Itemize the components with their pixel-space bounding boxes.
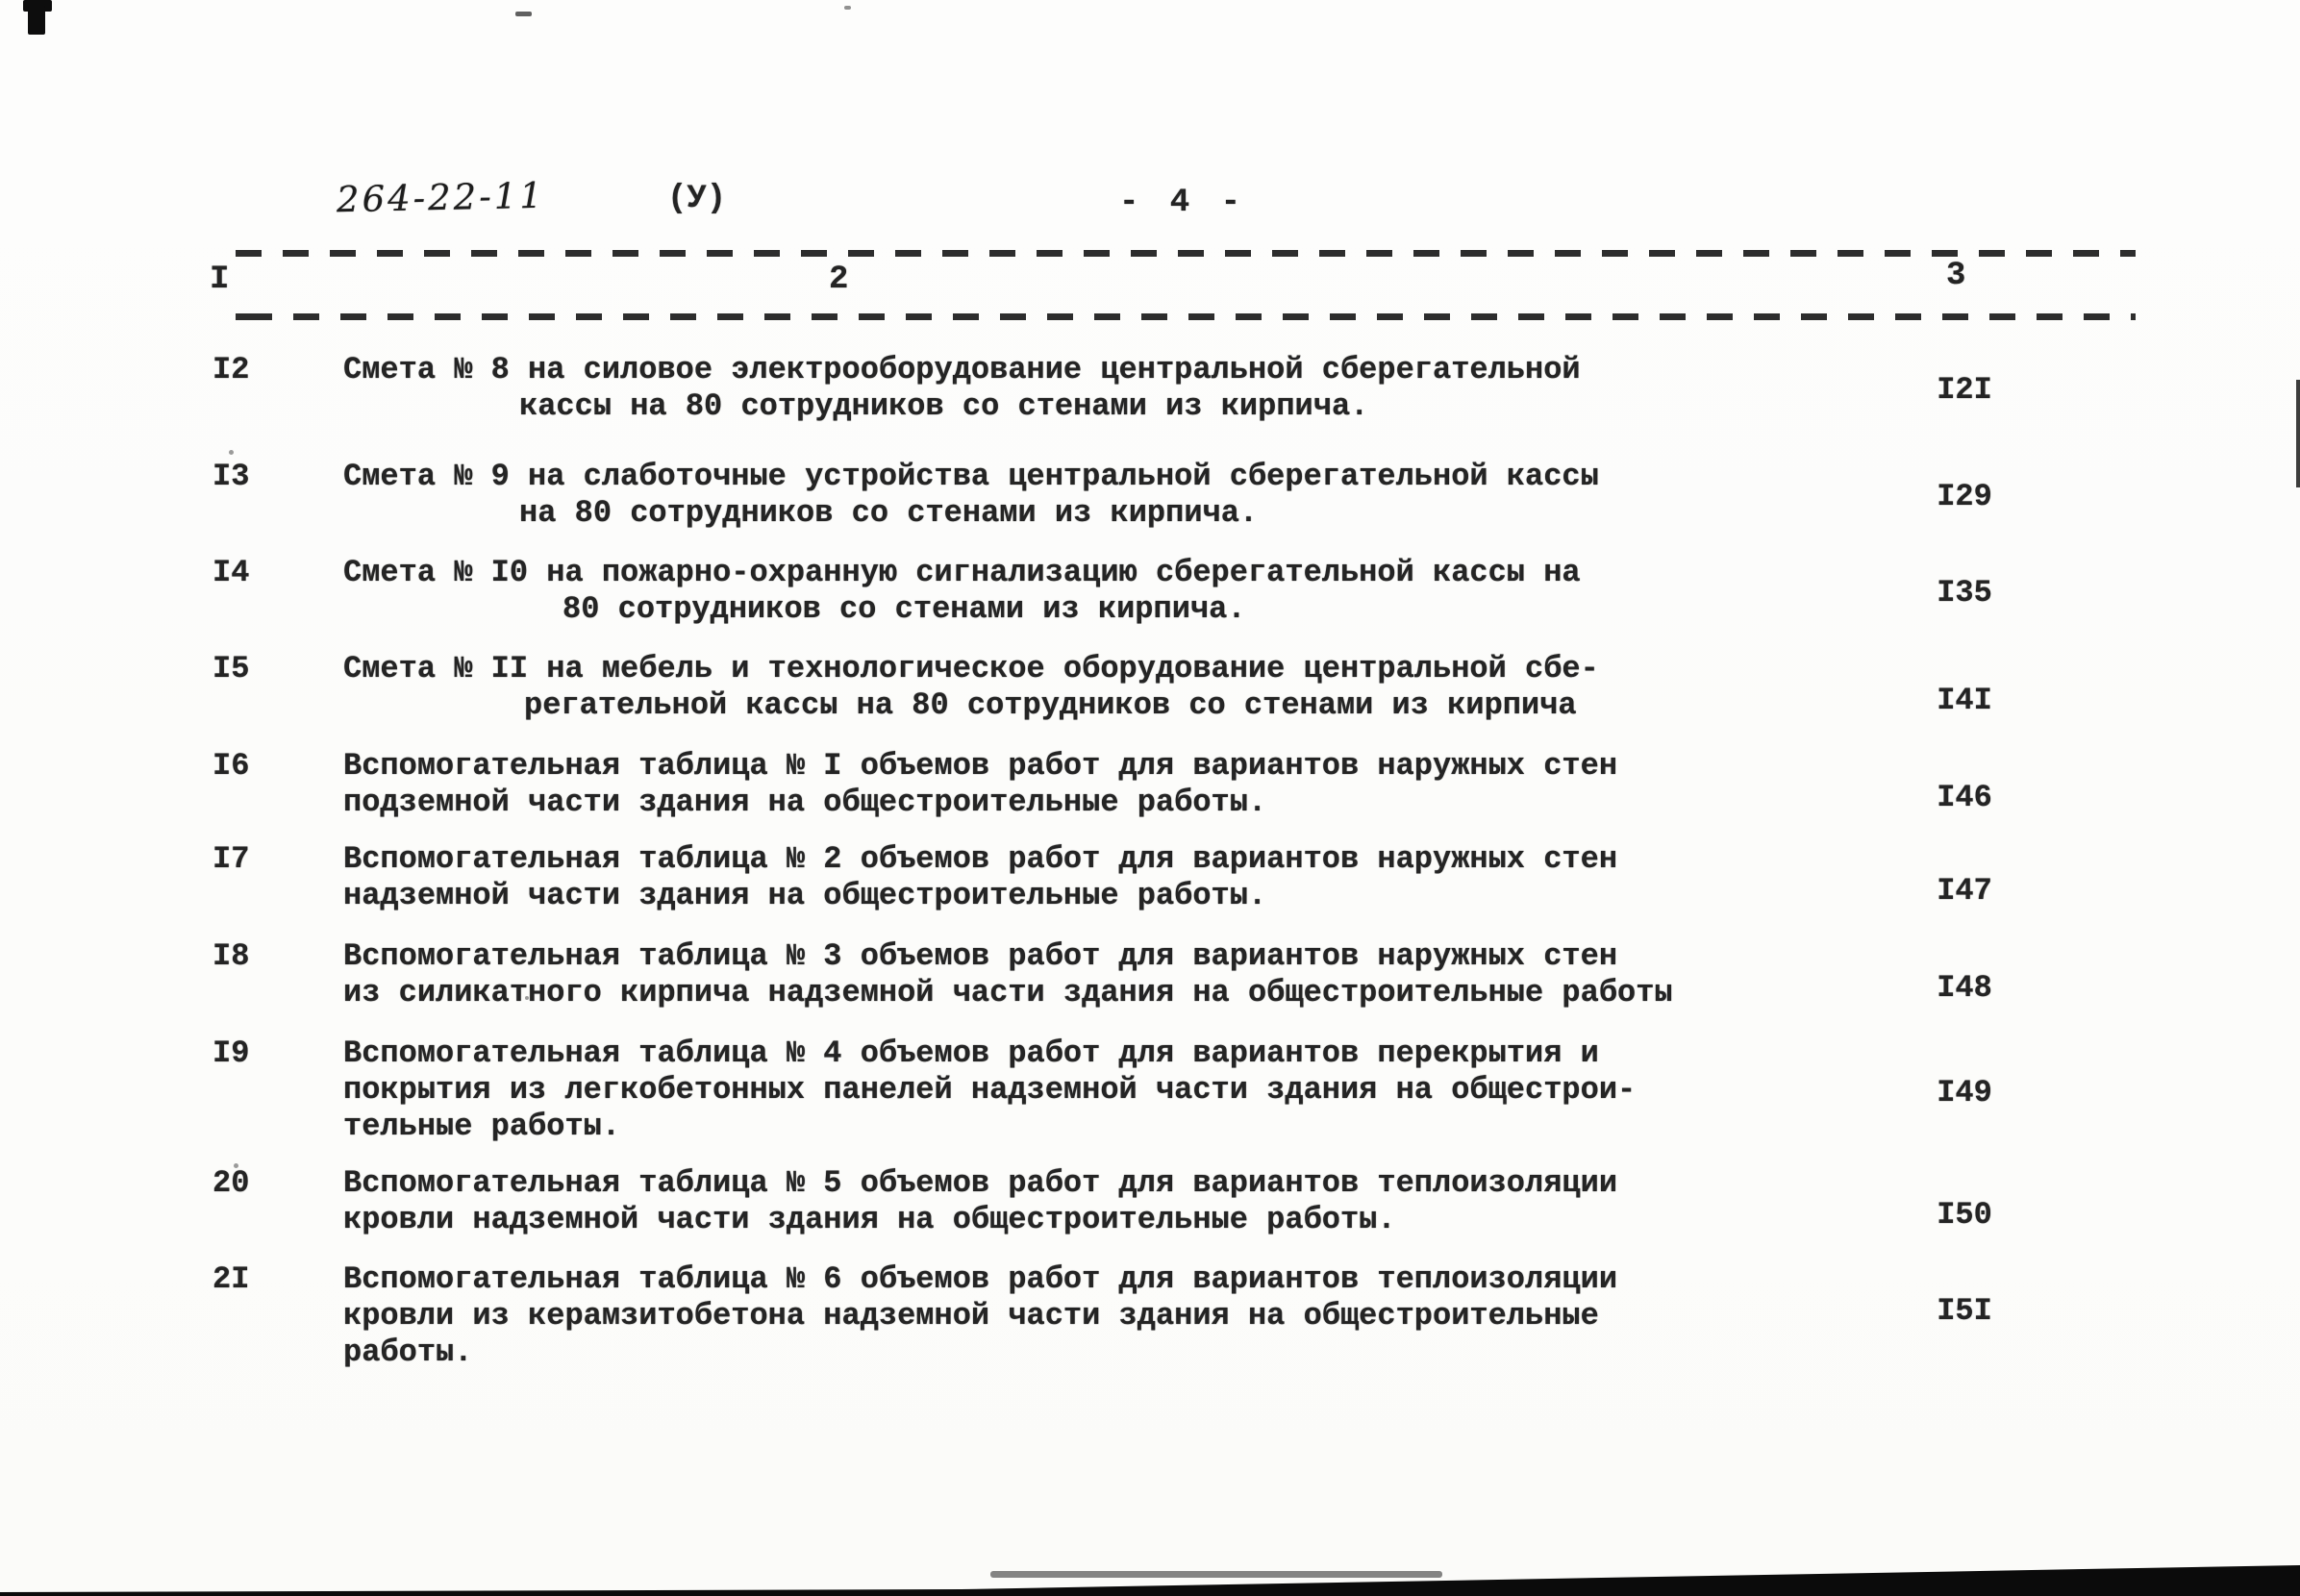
scan-artifact-speck	[844, 6, 851, 10]
scan-artifact-edge-mark	[2296, 380, 2300, 487]
row-number: I6	[212, 748, 249, 784]
row-text-line: кровли из керамзитобетона надземной част…	[343, 1298, 1766, 1334]
row-number: I9	[212, 1035, 249, 1071]
row-text-line: работы.	[343, 1334, 1766, 1371]
row-number: I3	[212, 459, 249, 494]
dashed-separator-bottom	[236, 313, 2136, 320]
row-page-ref: I47	[1912, 873, 2017, 909]
row-text-line: тельные работы.	[343, 1109, 1766, 1145]
row-text-line: Вспомогательная таблица № 5 объемов рабо…	[343, 1165, 1766, 1202]
row-number: 2I	[212, 1261, 249, 1297]
row-number: I4	[212, 555, 249, 590]
row-number: 20	[212, 1165, 249, 1201]
scan-artifact-dot	[234, 1163, 238, 1168]
row-page-ref: I48	[1912, 970, 2017, 1006]
row-page-ref: I46	[1912, 780, 2017, 815]
column-label-1: I	[210, 262, 229, 298]
row-page-ref: I5I	[1912, 1293, 2017, 1329]
row-text-line: кассы на 80 сотрудников со стенами из ки…	[519, 388, 1766, 425]
row-text-line: Смета № II на мебель и технологическое о…	[343, 651, 1766, 687]
row-text-line: из силикатного кирпича надземной части з…	[343, 975, 1766, 1011]
scan-artifact-dot	[525, 996, 529, 1000]
scan-artifact-blob	[28, 6, 45, 35]
row-page-ref: I29	[1912, 479, 2017, 514]
row-text-line: Смета № 8 на силовое электрооборудование…	[343, 352, 1766, 388]
row-page-ref: I4I	[1912, 683, 2017, 718]
row-text-line: кровли надземной части здания на общестр…	[343, 1202, 1766, 1238]
column-label-2: 2	[829, 262, 848, 298]
row-text-line: 80 сотрудников со стенами из кирпича.	[562, 591, 1766, 628]
page-number: - 4 -	[1119, 185, 1246, 221]
row-page-ref: I50	[1912, 1197, 2017, 1233]
row-text-line: Вспомогательная таблица № 6 объемов рабо…	[343, 1261, 1766, 1298]
row-number: I2	[212, 352, 249, 387]
row-text-line: Вспомогательная таблица № I объемов рабо…	[343, 748, 1766, 785]
column-label-3: 3	[1946, 258, 1965, 294]
row-number: I7	[212, 841, 249, 877]
row-text-line: на 80 сотрудников со стенами из кирпича.	[519, 495, 1766, 532]
row-number: I8	[212, 938, 249, 974]
document-code-handwritten: 264-22-11	[337, 175, 546, 221]
row-page-ref: I2I	[1912, 372, 2017, 408]
scan-artifact-dot	[229, 450, 234, 455]
row-text-line: подземной части здания на общестроительн…	[343, 785, 1766, 821]
row-text-line: Вспомогательная таблица № 3 объемов рабо…	[343, 938, 1766, 975]
scanned-document-page: 264-22-11 (У) - 4 - I 2 3 I2 Смета № 8 н…	[0, 0, 2300, 1596]
row-text-line: Смета № I0 на пожарно-охранную сигнализа…	[343, 555, 1766, 591]
row-page-ref: I35	[1912, 575, 2017, 611]
scan-artifact-speck	[515, 12, 532, 16]
row-number: I5	[212, 651, 249, 686]
row-text-line: Смета № 9 на слаботочные устройства цент…	[343, 459, 1766, 495]
row-text-line: надземной части здания на общестроительн…	[343, 878, 1766, 914]
dashed-separator-top	[236, 250, 2136, 257]
row-text-line: регательной кассы на 80 сотрудников со с…	[524, 687, 1766, 724]
scan-artifact-bottom-band	[0, 1558, 2300, 1596]
row-text-line: Вспомогательная таблица № 2 объемов рабо…	[343, 841, 1766, 878]
row-page-ref: I49	[1912, 1075, 2017, 1110]
row-text-line: покрытия из легкобетонных панелей надзем…	[343, 1072, 1766, 1109]
series-mark: (У)	[667, 181, 726, 217]
row-text-line: Вспомогательная таблица № 4 объемов рабо…	[343, 1035, 1766, 1072]
